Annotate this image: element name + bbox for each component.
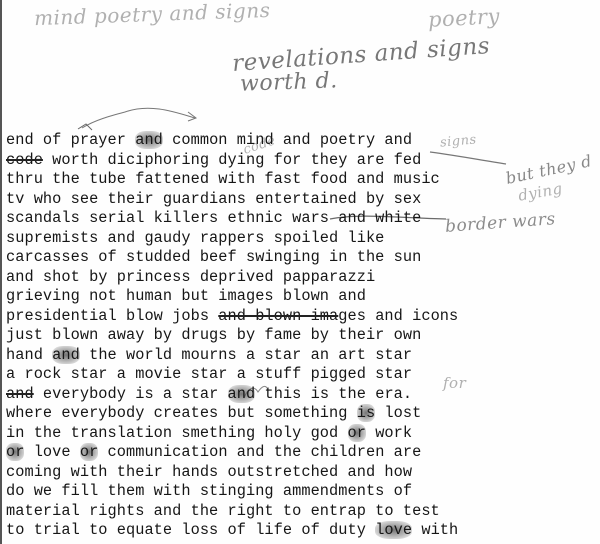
- poem-text: common mind and poetry and: [163, 131, 412, 149]
- poem-text: lost: [375, 404, 421, 422]
- poem-text: this is the era.: [255, 385, 412, 403]
- poem-text: scandals serial killers ethnic wars and …: [6, 209, 421, 227]
- poem-text: presidential blow jobs: [6, 307, 218, 325]
- poem-text: love: [24, 443, 79, 461]
- poem-text: where everybody creates but something: [6, 404, 357, 422]
- poem-text: end of prayer: [6, 131, 135, 149]
- poem-line: in the translation smething holy god or …: [6, 424, 458, 444]
- poem-line: to trial to equate loss of life of duty …: [6, 521, 458, 541]
- poem-line: scandals serial killers ethnic wars and …: [6, 209, 458, 229]
- poem-line: a rock star a movie star a stuff pigged …: [6, 365, 458, 385]
- poem-text: carcasses of studded beef swinging in th…: [6, 248, 421, 266]
- poem-text: worth diciphoring dying for they are fed: [43, 151, 421, 169]
- poem-text: grieving not human but images blown and: [6, 287, 366, 305]
- smudged-text: or: [6, 443, 24, 461]
- struck-text: code: [6, 151, 43, 169]
- poem-text: thru the tube fattened with fast food an…: [6, 170, 440, 188]
- smudged-text: or: [348, 424, 366, 442]
- poem-line: supremists and gaudy rappers spoiled lik…: [6, 229, 458, 249]
- poem-line: carcasses of studded beef swinging in th…: [6, 248, 458, 268]
- poem-line: tv who see their guardians entertained b…: [6, 190, 458, 210]
- poem-line: thru the tube fattened with fast food an…: [6, 170, 458, 190]
- poem-line: do we fill them with stinging ammendment…: [6, 482, 458, 502]
- poem-line: end of prayer and common mind and poetry…: [6, 131, 458, 151]
- poem-text: coming with their hands outstretched and…: [6, 463, 412, 481]
- poem-text: ges and icons: [338, 307, 458, 325]
- poem-line: where everybody creates but something is…: [6, 404, 458, 424]
- typed-poem: end of prayer and common mind and poetry…: [6, 131, 458, 541]
- poem-text: hand: [6, 346, 52, 364]
- poem-text: the world mourns a star an art star: [80, 346, 412, 364]
- poem-text: do we fill them with stinging ammendment…: [6, 482, 412, 500]
- poem-line: code worth diciphoring dying for they ar…: [6, 151, 458, 171]
- struck-text: and blown-ima: [218, 307, 338, 325]
- poem-text: tv who see their guardians entertained b…: [6, 190, 421, 208]
- caret-mark: [78, 124, 92, 130]
- poem-text: with: [412, 521, 458, 539]
- poem-line: just blown away by drugs by fame by thei…: [6, 326, 458, 346]
- poem-line: hand and the world mourns a star an art …: [6, 346, 458, 366]
- poem-line: grieving not human but images blown and: [6, 287, 458, 307]
- struck-text: and: [6, 385, 34, 403]
- poem-text: and shot by princess deprived papparazzi: [6, 268, 375, 286]
- insertion-arrow: [82, 108, 195, 128]
- poem-text: work: [366, 424, 412, 442]
- scanned-page: mind poetry and signs poetry revelations…: [0, 0, 600, 544]
- poem-text: to trial to equate loss of life of duty: [6, 521, 375, 539]
- poem-line: and shot by princess deprived papparazzi: [6, 268, 458, 288]
- poem-line: material rights and the right to entrap …: [6, 502, 458, 522]
- smudged-text: and: [135, 131, 163, 149]
- poem-line: presidential blow jobs and blown-images …: [6, 307, 458, 327]
- poem-text: communication and the children are: [98, 443, 421, 461]
- poem-line: and everybody is a star and this is the …: [6, 385, 458, 405]
- smudged-text: love: [375, 521, 412, 539]
- poem-text: supremists and gaudy rappers spoiled lik…: [6, 229, 384, 247]
- smudged-text: is: [357, 404, 375, 422]
- smudged-text: and: [52, 346, 80, 364]
- poem-text: in the translation smething holy god: [6, 424, 348, 442]
- poem-line: coming with their hands outstretched and…: [6, 463, 458, 483]
- smudged-text: or: [80, 443, 98, 461]
- poem-text: everybody is a star: [34, 385, 228, 403]
- poem-line: or love or communication and the childre…: [6, 443, 458, 463]
- poem-text: a rock star a movie star a stuff pigged …: [6, 365, 412, 383]
- poem-text: material rights and the right to entrap …: [6, 502, 440, 520]
- poem-text: just blown away by drugs by fame by thei…: [6, 326, 421, 344]
- smudged-text: and: [228, 385, 256, 403]
